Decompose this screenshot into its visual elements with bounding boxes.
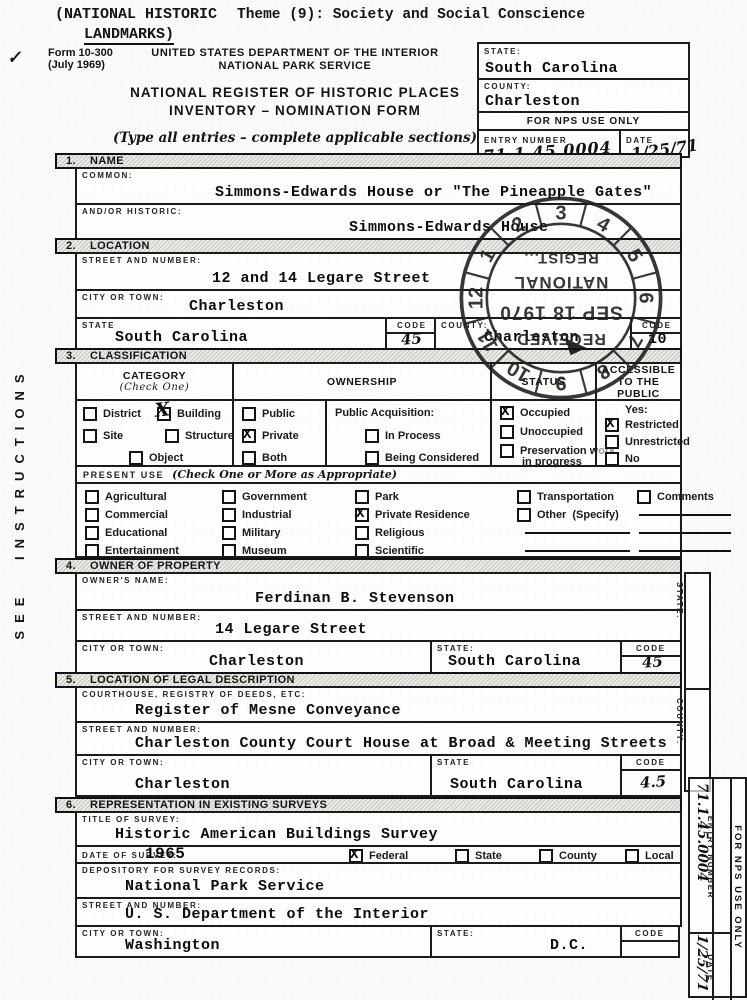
local-level-checkbox [625, 849, 639, 863]
location-county-code-field: CODE 10 [630, 317, 682, 350]
scientific-checkbox [355, 544, 369, 558]
section-6-title: REPRESENTATION IN EXISTING SURVEYS [90, 799, 327, 811]
checkbox-public: Public [242, 407, 295, 421]
educational-checkbox [85, 526, 99, 540]
access-yes-label: Yes: [625, 404, 648, 416]
other-specify-note: (Specify) [572, 509, 618, 521]
owner-name-label: OWNER'S NAME: [82, 576, 169, 585]
courthouse-label: COURTHOUSE, REGISTRY OF DEEDS, ETC: [82, 690, 306, 699]
comments-blank-line-1 [639, 514, 731, 516]
legal-code-value: 4.5 [639, 772, 666, 792]
common-name-label: COMMON: [82, 171, 133, 180]
checkbox-educational: Educational [85, 526, 167, 540]
legal-city-label: CITY OR TOWN: [82, 758, 164, 767]
survey-state-field: STATE: D.C. [430, 925, 622, 958]
type-instructions: (Type all entries – complete applicable … [100, 130, 490, 146]
location-state-label: STATE [82, 321, 115, 330]
access-header: ACCESSIBLE TO THE PUBLIC [597, 364, 680, 399]
section-1-title: NAME [90, 155, 124, 167]
survey-title-field: TITLE OF SURVEY: Historic American Build… [75, 811, 682, 847]
object-checkbox [129, 451, 143, 465]
section-3-number: 3. [66, 350, 76, 362]
location-state-code-value: 45 [400, 329, 422, 348]
page-title: NATIONAL REGISTER OF HISTORIC PLACES INV… [100, 84, 490, 120]
owner-state-field: STATE: South Carolina [430, 640, 622, 674]
checkbox-museum: Museum [222, 544, 287, 558]
legal-city-field: CITY OR TOWN: Charleston [75, 754, 432, 797]
checkbox-park: Park [355, 490, 399, 504]
owner-street-field: STREET AND NUMBER: 14 Legare Street [75, 609, 682, 642]
unoccupied-checkbox [500, 425, 514, 439]
department-line2: NATIONAL PARK SERVICE [120, 60, 470, 73]
checkbox-object: Object [129, 451, 183, 465]
checkbox-structure: Structure [165, 429, 234, 443]
legal-state-label: STATE [437, 758, 470, 767]
owner-city-label: CITY OR TOWN: [82, 644, 164, 653]
depository-label: DEPOSITORY FOR SURVEY RECORDS: [82, 866, 281, 875]
owner-state-label: STATE: [437, 644, 474, 653]
see-instructions-label: SEE INSTRUCTIONS [12, 338, 27, 668]
category-header: CATEGORY (Check One) [77, 364, 232, 399]
location-state-code-label: CODE [397, 321, 427, 330]
owner-street-label: STREET AND NUMBER: [82, 613, 202, 622]
no-checkbox [605, 452, 619, 466]
both-label: Both [262, 452, 287, 464]
entertainment-checkbox [85, 544, 99, 558]
status-header-cell: STATUS [490, 362, 597, 401]
page-title-line1: NATIONAL REGISTER OF HISTORIC PLACES [100, 84, 490, 102]
government-checkbox [222, 490, 236, 504]
checkbox-scientific: Scientific [355, 544, 424, 558]
legal-code-label: CODE [636, 758, 666, 767]
nps-use-box: STATE: South Carolina COUNTY: Charleston… [477, 42, 690, 158]
checkbox-both: Both [242, 451, 287, 465]
being-considered-label: Being Considered [385, 452, 479, 464]
checkbox-other: Other(Specify) [517, 508, 619, 522]
margin-nps-use-label: FOR NPS USE ONLY [730, 779, 745, 996]
checkbox-industrial: Industrial [222, 508, 292, 522]
checkbox-district: District [83, 407, 141, 421]
ownership-header-cell: OWNERSHIP [232, 362, 492, 401]
location-county-code-value: 10 [648, 331, 667, 348]
page-title-line2: INVENTORY – NOMINATION FORM [100, 102, 490, 120]
section-4-title: OWNER OF PROPERTY [90, 560, 221, 572]
legal-street-value: Charleston County Court House at Broad &… [135, 735, 667, 752]
checkbox-restricted: XRestricted [605, 418, 679, 432]
form-number: Form 10-300 (July 1969) [48, 47, 113, 71]
nps-county-row: COUNTY: Charleston [479, 80, 688, 113]
comments-label: Comments [657, 491, 714, 503]
margin-date-label-cell: DATE [712, 934, 732, 1000]
park-label: Park [375, 491, 399, 503]
private-label: Private [262, 430, 299, 442]
checkbox-county-level: County [539, 849, 597, 863]
in-process-label: In Process [385, 430, 441, 442]
unrestricted-checkbox [605, 435, 619, 449]
object-label: Object [149, 452, 183, 464]
site-label: Site [103, 430, 123, 442]
legal-street-field: STREET AND NUMBER: Charleston County Cou… [75, 721, 682, 756]
historic-name-label: AND/OR HISTORIC: [82, 207, 182, 216]
private-residence-check-mark: X [356, 506, 364, 522]
scanned-form-page: ✓ (NATIONAL HISTORIC LANDMARKS) Theme (9… [0, 0, 747, 1000]
checkbox-transportation: Transportation [517, 490, 614, 504]
location-county-code-label: CODE [642, 321, 672, 330]
in-process-checkbox [365, 429, 379, 443]
nps-use-only-label: FOR NPS USE ONLY [479, 113, 688, 131]
scientific-label: Scientific [375, 545, 424, 557]
owner-name-field: OWNER'S NAME: Ferdinan B. Stevenson [75, 572, 682, 611]
commercial-label: Commercial [105, 509, 168, 521]
location-city-field: CITY OR TOWN: Charleston [75, 289, 682, 319]
historic-name-field: AND/OR HISTORIC: Simmons-Edwards House [75, 203, 682, 240]
nps-county-value: Charleston [485, 93, 580, 110]
common-name-field: COMMON: Simmons-Edwards House or "The Pi… [75, 167, 682, 205]
margin-state-strip: STATE: [684, 572, 711, 690]
survey-street-value: U. S. Department of the Interior [125, 906, 429, 923]
checkbox-agricultural: Agricultural [85, 490, 167, 504]
museum-checkbox [222, 544, 236, 558]
checkbox-private: XPrivate [242, 429, 299, 443]
occupied-label: Occupied [520, 407, 570, 419]
ownership-header: OWNERSHIP [234, 364, 490, 399]
checkbox-entertainment: Entertainment [85, 544, 179, 558]
category-header-text: CATEGORY [123, 370, 186, 382]
industrial-checkbox [222, 508, 236, 522]
other-blank-line-2 [525, 550, 630, 552]
industrial-label: Industrial [242, 509, 292, 521]
status-header: STATUS [492, 364, 595, 399]
status-body-cell: XOccupied Unoccupied Preservation work i… [490, 399, 597, 467]
commercial-checkbox [85, 508, 99, 522]
park-checkbox [355, 490, 369, 504]
checkbox-building: XBuilding [157, 407, 221, 421]
checkbox-unrestricted: Unrestricted [605, 435, 690, 449]
checkbox-state-level: State [455, 849, 502, 863]
courthouse-field: COURTHOUSE, REGISTRY OF DEEDS, ETC: Regi… [75, 686, 682, 723]
access-header-cell: ACCESSIBLE TO THE PUBLIC [595, 362, 682, 401]
private-residence-checkbox: X [355, 508, 369, 522]
private-residence-label: Private Residence [375, 509, 470, 521]
unrestricted-label: Unrestricted [625, 436, 690, 448]
nps-county-label: COUNTY: [484, 82, 531, 91]
comments-blank-line-2 [639, 532, 731, 534]
other-checkbox [517, 508, 531, 522]
building-checkbox: X [157, 407, 171, 421]
section-1-number: 1. [66, 155, 76, 167]
margin-nps-box: 71.1.45.0004 ENTRY NUMBER 1/25/71 DATE F… [688, 777, 747, 998]
comments-checkbox [637, 490, 651, 504]
survey-city-value: Washington [125, 937, 220, 954]
checkbox-being-considered: Being Considered [365, 451, 479, 465]
local-level-label: Local [645, 850, 674, 862]
no-label: No [625, 453, 640, 465]
district-label: District [103, 408, 141, 420]
section-5-number: 5. [66, 674, 76, 686]
private-checkbox: X [242, 429, 256, 443]
being-considered-checkbox [365, 451, 379, 465]
county-level-checkbox [539, 849, 553, 863]
survey-state-label: STATE: [437, 929, 474, 938]
checkbox-unoccupied: Unoccupied [500, 425, 583, 439]
common-name-value: Simmons-Edwards House or "The Pineapple … [215, 184, 652, 201]
historic-name-value: Simmons-Edwards House [349, 219, 549, 236]
survey-title-value: Historic American Buildings Survey [115, 826, 438, 843]
religious-checkbox [355, 526, 369, 540]
entertainment-label: Entertainment [105, 545, 179, 557]
access-header-line2: TO THE PUBLIC [597, 376, 680, 400]
checkbox-commercial: Commercial [85, 508, 168, 522]
margin-date-label: DATE [702, 936, 719, 1000]
code-divider [622, 940, 678, 942]
government-label: Government [242, 491, 307, 503]
acquisition-label: Public Acquisition: [335, 407, 434, 419]
private-check-mark: X [243, 427, 251, 443]
educational-label: Educational [105, 527, 167, 539]
checkbox-government: Government [222, 490, 307, 504]
nhl-note-line1: (NATIONAL HISTORIC [55, 6, 217, 23]
nps-state-value: South Carolina [485, 60, 618, 77]
restricted-check-mark: X [606, 416, 614, 432]
courthouse-value: Register of Mesne Conveyance [135, 702, 401, 719]
occupied-check-mark: X [501, 404, 509, 420]
form-number-line2: (July 1969) [48, 59, 113, 71]
checkbox-military: Military [222, 526, 281, 540]
department-heading: UNITED STATES DEPARTMENT OF THE INTERIOR… [120, 47, 470, 73]
department-line1: UNITED STATES DEPARTMENT OF THE INTERIOR [120, 47, 470, 60]
checkbox-site: Site [83, 429, 123, 443]
location-street-label: STREET AND NUMBER: [82, 256, 202, 265]
unoccupied-label: Unoccupied [520, 426, 583, 438]
access-header-line1: ACCESSIBLE [602, 364, 676, 376]
checkbox-local-level: Local [625, 849, 674, 863]
survey-title-label: TITLE OF SURVEY: [82, 815, 180, 824]
location-city-label: CITY OR TOWN: [82, 293, 164, 302]
site-checkbox [83, 429, 97, 443]
preservation-checkbox [500, 444, 514, 458]
location-state-code-field: CODE 45 [385, 317, 436, 350]
structure-checkbox [165, 429, 179, 443]
occupied-checkbox: X [500, 406, 514, 420]
public-checkbox [242, 407, 256, 421]
survey-code-field: CODE [620, 925, 680, 958]
county-level-label: County [559, 850, 597, 862]
margin-state-label: STATE: [668, 576, 691, 700]
transportation-label: Transportation [537, 491, 614, 503]
survey-code-label: CODE [635, 929, 665, 938]
ownership-body-cell: Public XPrivate Both [232, 399, 327, 467]
owner-name-value: Ferdinan B. Stevenson [255, 590, 455, 607]
theme-line: Theme (9): Society and Social Conscience [237, 7, 585, 23]
location-state-field: STATE South Carolina [75, 317, 387, 350]
legal-state-field: STATE South Carolina [430, 754, 622, 797]
location-county-field: COUNTY: Charleston [434, 317, 632, 350]
state-level-checkbox [455, 849, 469, 863]
comments-blank-line-3 [639, 550, 731, 552]
owner-city-value: Charleston [209, 653, 304, 670]
military-checkbox [222, 526, 236, 540]
survey-street-field: STREET AND NUMBER: U. S. Department of t… [75, 897, 682, 927]
margin-nps-use-cell: FOR NPS USE ONLY [732, 779, 745, 996]
margin-entry-label-cell: ENTRY NUMBER [712, 779, 732, 932]
federal-label: Federal [369, 850, 408, 862]
other-label: Other [537, 509, 566, 521]
section-6-number: 6. [66, 799, 76, 811]
location-state-value: South Carolina [115, 329, 248, 346]
restricted-checkbox: X [605, 418, 619, 432]
military-label: Military [242, 527, 281, 539]
survey-date-value: 1965 [145, 845, 185, 863]
legal-city-value: Charleston [135, 776, 230, 793]
survey-city-field: CITY OR TOWN: Washington [75, 925, 432, 958]
checkbox-federal: XFederal [349, 849, 408, 863]
present-use-label: PRESENT USE [83, 470, 164, 480]
owner-city-field: CITY OR TOWN: Charleston [75, 640, 432, 674]
owner-street-value: 14 Legare Street [215, 621, 367, 638]
location-street-field: STREET AND NUMBER: 12 and 14 Legare Stre… [75, 252, 682, 291]
other-blank-line-1 [525, 532, 630, 534]
district-checkbox [83, 407, 97, 421]
checkbox-private-residence: XPrivate Residence [355, 508, 470, 522]
legal-state-value: South Carolina [450, 776, 583, 793]
both-checkbox [242, 451, 256, 465]
location-street-value: 12 and 14 Legare Street [212, 270, 431, 287]
section-2-title: LOCATION [90, 240, 150, 252]
museum-label: Museum [242, 545, 287, 557]
section-2-number: 2. [66, 240, 76, 252]
present-use-subnote: (Check One or More as Appropriate) [172, 468, 397, 481]
present-use-grid: Agricultural Commercial Educational Ente… [75, 482, 682, 558]
legal-street-label: STREET AND NUMBER: [82, 725, 202, 734]
category-body-cell: District XBuilding Site Structure Object [75, 399, 234, 467]
nps-state-label: STATE: [484, 47, 521, 56]
nhl-note-line2: LANDMARKS) [84, 26, 174, 45]
form-number-line1: Form 10-300 [48, 47, 113, 59]
location-city-value: Charleston [189, 298, 284, 315]
restricted-label: Restricted [625, 419, 679, 431]
federal-checkbox: X [349, 849, 363, 863]
public-label: Public [262, 408, 295, 420]
depository-field: DEPOSITORY FOR SURVEY RECORDS: National … [75, 862, 682, 899]
checkbox-occupied: XOccupied [500, 406, 570, 420]
owner-code-value: 45 [641, 652, 663, 671]
depository-value: National Park Service [125, 878, 325, 895]
section-3-title: CLASSIFICATION [90, 350, 187, 362]
access-body-cell: Yes: XRestricted Unrestricted No [595, 399, 682, 467]
nps-state-row: STATE: South Carolina [479, 44, 688, 80]
federal-check-mark: X [350, 847, 358, 863]
location-county-label: COUNTY: [441, 321, 488, 330]
checkbox-no: No [605, 452, 640, 466]
state-level-label: State [475, 850, 502, 862]
building-check-mark: X [154, 398, 171, 421]
owner-state-value: South Carolina [448, 653, 581, 670]
checkbox-in-process: In Process [365, 429, 441, 443]
structure-label: Structure [185, 430, 234, 442]
building-label: Building [177, 408, 221, 420]
acquisition-body-cell: Public Acquisition: In Process Being Con… [325, 399, 492, 467]
category-header-cell: CATEGORY (Check One) [75, 362, 234, 401]
survey-state-value: D.C. [550, 937, 588, 954]
location-county-value: Charleston [484, 329, 579, 346]
agricultural-label: Agricultural [105, 491, 167, 503]
transportation-checkbox [517, 490, 531, 504]
checkbox-comments: Comments [637, 490, 714, 504]
agricultural-checkbox [85, 490, 99, 504]
religious-label: Religious [375, 527, 425, 539]
category-subheader-text: (Check One) [120, 382, 190, 394]
checkbox-religious: Religious [355, 526, 425, 540]
section-4-number: 4. [66, 560, 76, 572]
section-5-title: LOCATION OF LEGAL DESCRIPTION [90, 674, 295, 686]
handwritten-checkmark: ✓ [6, 48, 22, 69]
margin-entry-label: ENTRY NUMBER [702, 781, 719, 934]
